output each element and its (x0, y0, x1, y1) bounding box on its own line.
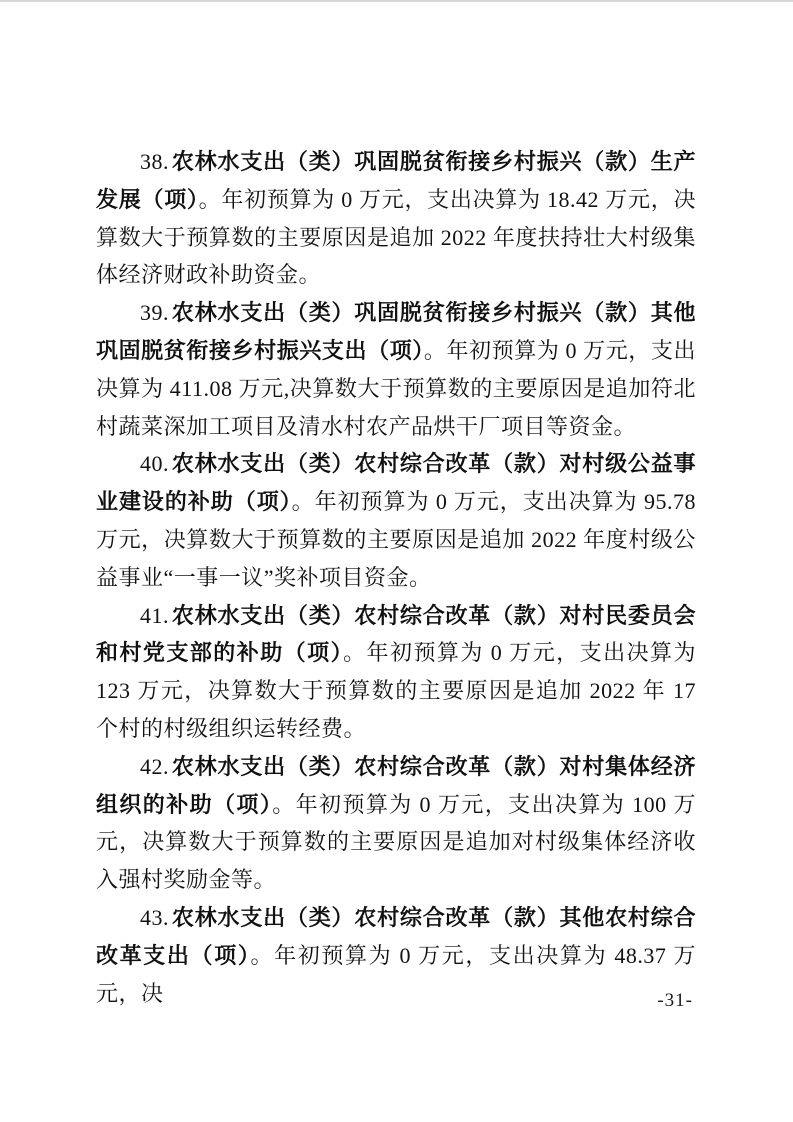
paragraph-40: 40.农林水支出（类）农村综合改革（款）对村级公益事业建设的补助（项）。年初预算… (96, 445, 696, 596)
page-number: -31- (657, 990, 693, 1012)
paragraph-number: 42. (140, 754, 169, 779)
paragraph-39: 39.农林水支出（类）巩固脱贫衔接乡村振兴（款）其他巩固脱贫衔接乡村振兴支出（项… (96, 294, 696, 445)
document-page: 38.农林水支出（类）巩固脱贫衔接乡村振兴（款）生产发展（项）。年初预算为 0 … (0, 2, 793, 1122)
paragraph-number: 39. (140, 300, 169, 325)
paragraph-41: 41.农林水支出（类）农村综合改革（款）对村民委员会和村党支部的补助（项）。年初… (96, 597, 696, 748)
paragraph-43: 43.农林水支出（类）农村综合改革（款）其他农村综合改革支出（项）。年初预算为 … (96, 899, 696, 1012)
paragraph-number: 43. (140, 905, 169, 930)
paragraph-number: 38. (140, 149, 169, 174)
paragraph-42: 42.农林水支出（类）农村综合改革（款）对村集体经济组织的补助（项）。年初预算为… (96, 748, 696, 899)
paragraph-number: 41. (140, 603, 169, 628)
paragraph-number: 40. (140, 451, 169, 476)
paragraph-38: 38.农林水支出（类）巩固脱贫衔接乡村振兴（款）生产发展（项）。年初预算为 0 … (96, 143, 696, 294)
